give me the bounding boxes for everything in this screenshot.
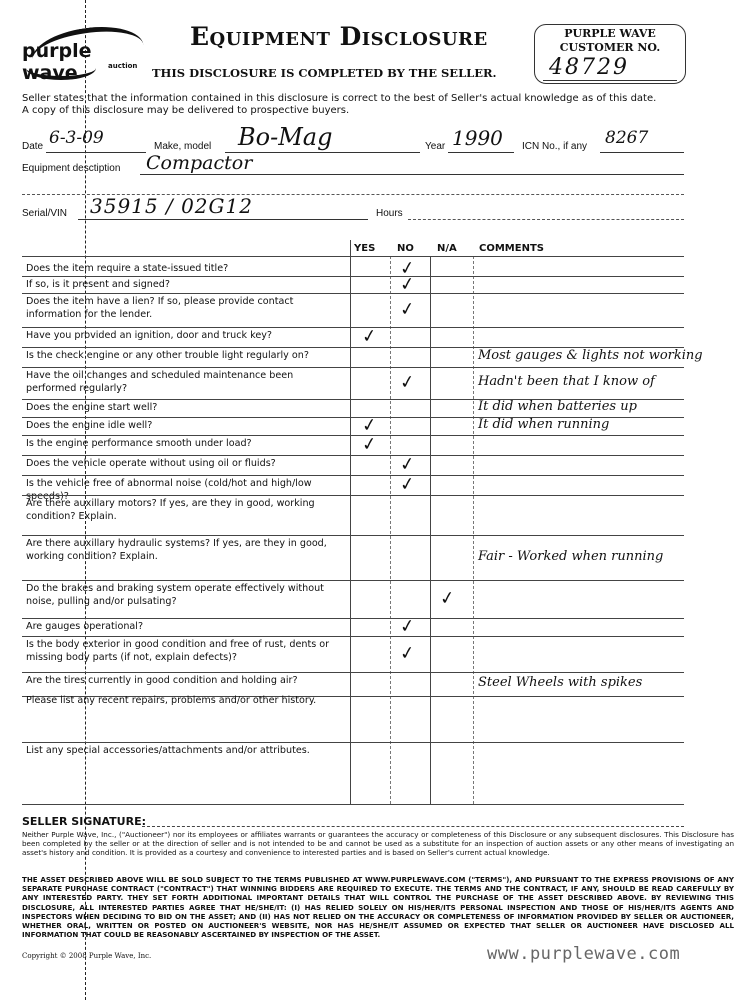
- question-text: Does the engine idle well?: [26, 420, 346, 433]
- page-subtitle: THIS DISCLOSURE IS COMPLETED BY THE SELL…: [152, 66, 497, 80]
- question-text: Do the brakes and braking system operate…: [26, 583, 346, 608]
- date-label: Date: [22, 141, 43, 152]
- question-text: Is the check engine or any other trouble…: [26, 350, 346, 363]
- column-comments: COMMENTS: [479, 243, 544, 254]
- checkmark-no-icon[interactable]: ✓: [399, 300, 416, 320]
- table-column-divider: [350, 240, 351, 804]
- table-top-border: [22, 256, 684, 257]
- table-row-divider: [22, 367, 684, 368]
- page-title: Equipment Disclosure: [190, 22, 488, 51]
- handwritten-comment[interactable]: It did when running: [478, 417, 609, 432]
- purple-wave-logo: purple wave auction: [22, 28, 152, 76]
- icn-field-line: [600, 152, 684, 153]
- customer-number: 48729: [549, 55, 629, 80]
- table-row-divider: [22, 495, 684, 496]
- checkmark-na-icon[interactable]: ✓: [439, 589, 456, 609]
- seller-signature-label: SELLER SIGNATURE:: [22, 815, 146, 828]
- serial-vin-value[interactable]: 35915 / 02G12: [90, 194, 253, 218]
- serial-vin-line: [78, 219, 368, 220]
- equipment-description-label: Equipment desctiption: [22, 163, 120, 174]
- checkmark-no-icon[interactable]: ✓: [399, 455, 416, 475]
- table-row-divider: [22, 327, 684, 328]
- year-label: Year: [425, 141, 445, 152]
- hours-line: [408, 219, 684, 220]
- table-row-divider: [22, 618, 684, 619]
- handwritten-comment[interactable]: Most gauges & lights not working: [478, 348, 703, 363]
- table-row-divider: [22, 672, 684, 673]
- checkmark-yes-icon[interactable]: ✓: [361, 435, 378, 455]
- question-text: Does the item require a state-issued tit…: [26, 263, 346, 276]
- icn-label: ICN No., if any: [522, 141, 587, 152]
- column-na: N/A: [437, 243, 457, 254]
- table-row-divider: [22, 435, 684, 436]
- table-row-divider: [22, 293, 684, 294]
- question-text: If so, is it present and signed?: [26, 279, 346, 292]
- year-value[interactable]: 1990: [452, 126, 503, 150]
- checkmark-no-icon[interactable]: ✓: [399, 373, 416, 393]
- equipment-description-line: [140, 174, 684, 175]
- checkmark-no-icon[interactable]: ✓: [399, 617, 416, 637]
- terms-text: THE ASSET DESCRIBED ABOVE WILL BE SOLD S…: [22, 875, 734, 939]
- table-row-divider: [22, 742, 684, 743]
- year-field-line: [448, 152, 514, 153]
- equipment-description-value[interactable]: Compactor: [146, 152, 252, 174]
- table-column-divider: [390, 256, 391, 804]
- question-text: Are gauges operational?: [26, 621, 346, 634]
- make-model-field-line: [225, 152, 420, 153]
- column-no: NO: [397, 243, 414, 254]
- customer-number-underline: [543, 80, 677, 81]
- question-text: Are the tires currently in good conditio…: [26, 675, 346, 688]
- logo-subtext: auction: [108, 62, 137, 70]
- table-row-divider: [22, 475, 684, 476]
- handwritten-comment[interactable]: Fair - Worked when running: [478, 549, 663, 564]
- table-row-divider: [22, 636, 684, 637]
- question-text: Is the engine performance smooth under l…: [26, 438, 346, 451]
- question-text: Does the item have a lien? If so, please…: [26, 296, 346, 321]
- table-row-divider: [22, 804, 684, 805]
- date-value[interactable]: 6-3-09: [49, 128, 104, 148]
- checkmark-yes-icon[interactable]: ✓: [361, 327, 378, 347]
- checkmark-no-icon[interactable]: ✓: [399, 644, 416, 664]
- question-text: Is the body exterior in good condition a…: [26, 639, 346, 664]
- checkmark-no-icon[interactable]: ✓: [399, 275, 416, 295]
- customer-number-label: PURPLE WAVE CUSTOMER NO.: [535, 27, 685, 55]
- column-yes: YES: [354, 243, 375, 254]
- table-column-divider: [473, 256, 474, 804]
- customer-number-box: PURPLE WAVE CUSTOMER NO. 48729: [534, 24, 686, 84]
- copyright-text: Copyright © 2008 Purple Wave, Inc.: [22, 952, 151, 960]
- make-model-value[interactable]: Bo-Mag: [238, 123, 332, 151]
- disclaimer-text: Neither Purple Wave, Inc., ("Auctioneer"…: [22, 830, 734, 857]
- question-text: Does the engine start well?: [26, 402, 346, 415]
- question-text: Please list any recent repairs, problems…: [26, 695, 346, 708]
- checkmark-no-icon[interactable]: ✓: [399, 475, 416, 495]
- question-text: Have you provided an ignition, door and …: [26, 330, 346, 343]
- icn-value[interactable]: 8267: [605, 128, 648, 148]
- handwritten-comment[interactable]: It did when batteries up: [478, 399, 637, 414]
- table-row-divider: [22, 276, 684, 277]
- website-url: www.purplewave.com: [487, 944, 680, 964]
- make-model-label: Make, model: [154, 141, 211, 152]
- date-field-line: [46, 152, 146, 153]
- seller-signature-line[interactable]: [142, 826, 684, 827]
- table-row-divider: [22, 455, 684, 456]
- table-row-divider: [22, 535, 684, 536]
- question-text: Does the vehicle operate without using o…: [26, 458, 346, 471]
- handwritten-comment[interactable]: Steel Wheels with spikes: [478, 675, 642, 690]
- question-text: Have the oil changes and scheduled maint…: [26, 370, 346, 395]
- question-text: Are there auxillary motors? If yes, are …: [26, 498, 346, 523]
- question-text: List any special accessories/attachments…: [26, 745, 346, 758]
- serial-vin-label: Serial/VIN: [22, 208, 67, 219]
- question-text: Are there auxillary hydraulic systems? I…: [26, 538, 346, 563]
- table-row-divider: [22, 580, 684, 581]
- intro-statement: Seller states that the information conta…: [22, 93, 656, 117]
- table-column-divider: [430, 256, 431, 804]
- hours-label: Hours: [376, 208, 403, 219]
- handwritten-comment[interactable]: Hadn't been that I know of: [478, 374, 655, 389]
